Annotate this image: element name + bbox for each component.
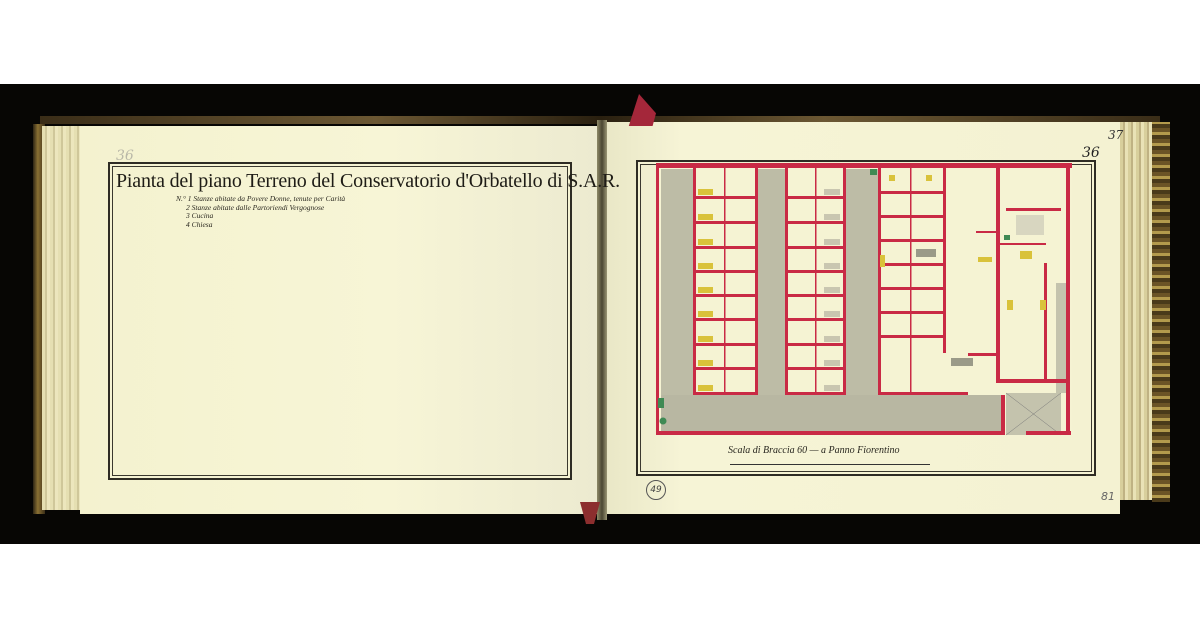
book-cover-right-edge: [1152, 122, 1170, 502]
right-folio-number: 36: [1082, 145, 1100, 161]
library-stamp: 49: [646, 480, 666, 500]
page-block-left: [42, 126, 82, 510]
corner-folio-number: 37: [1108, 128, 1123, 142]
page-number: 81: [1101, 490, 1115, 503]
plan-title: Pianta del piano Terreno del Conservator…: [116, 170, 620, 193]
page-block-right: [1120, 122, 1152, 500]
bookmark-ribbon-end: [580, 502, 600, 524]
scale-bar: [730, 458, 930, 465]
floor-plan-drawing: [656, 163, 1076, 438]
legend-item: 4 Chiesa: [176, 221, 345, 230]
scale-caption: Scala di Braccia 60 — a Panno Fiorentino: [728, 445, 900, 456]
plan-legend: N.° 1 Stanze abitate da Povere Donne, te…: [176, 195, 345, 229]
